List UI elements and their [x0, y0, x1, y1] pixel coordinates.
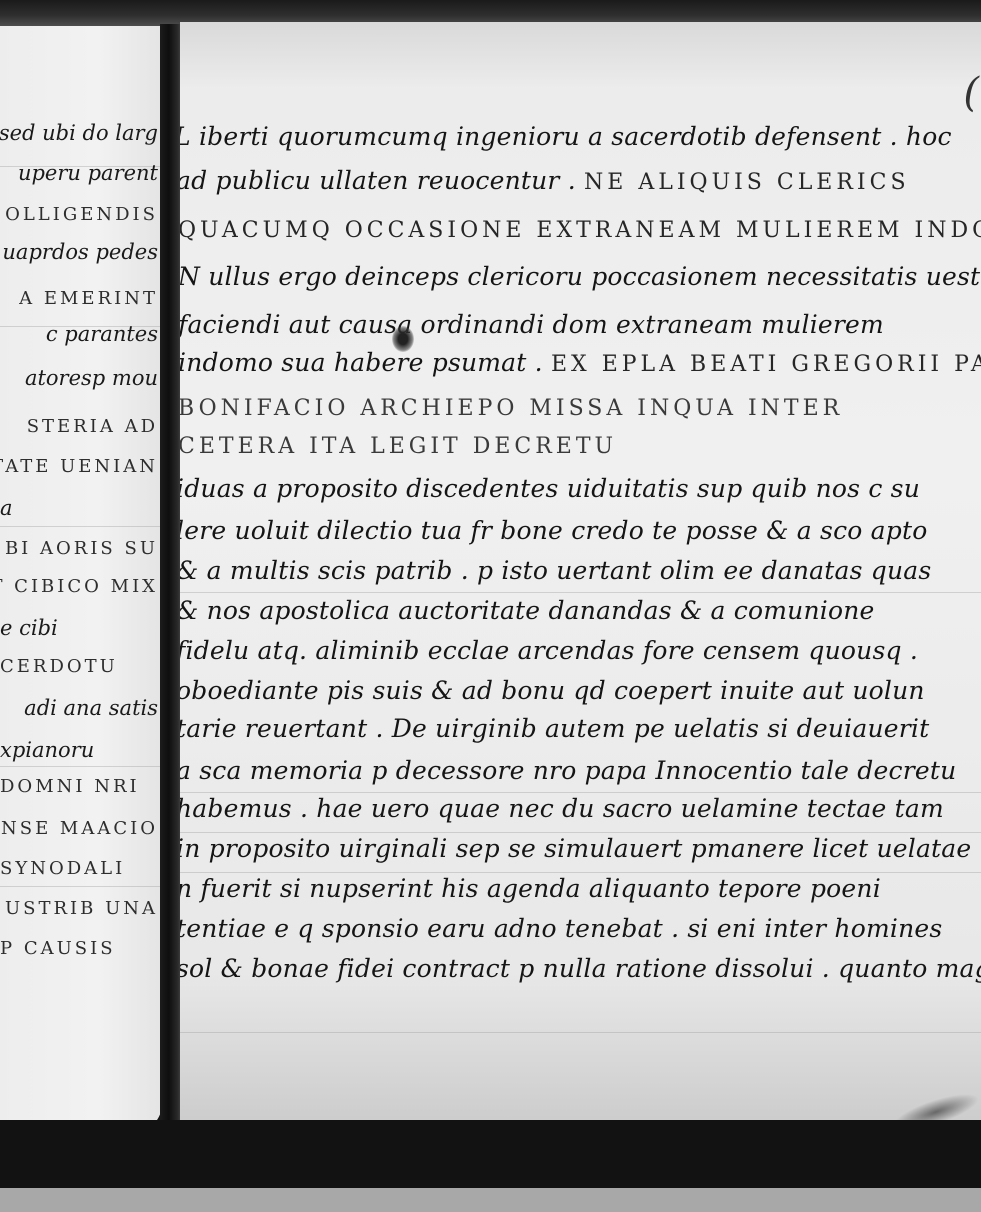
- text-line: ad publicu ullaten reuocentur . NE ALIQU…: [180, 166, 910, 195]
- ruling-line: [180, 872, 981, 873]
- text-line: faciendi aut causa ordinandi dom extrane…: [180, 310, 884, 339]
- line-text: N ullus ergo deinceps clericoru poccasio…: [180, 262, 981, 291]
- text-line: iduas a proposito discedentes uiduitatis…: [180, 474, 920, 503]
- ruling-line: [180, 1032, 981, 1033]
- left-text-line: SYNODALI: [0, 858, 125, 879]
- text-line: L iberti quorumcumq ingenioru a sacerdot…: [180, 122, 952, 151]
- right-page: ( L iberti quorumcumq ingenioru a sacerd…: [180, 22, 981, 1140]
- ruling-line: [180, 592, 981, 593]
- rubric-heading: NE ALIQUIS CLERICS: [584, 170, 909, 195]
- text-line: QUACUMQ OCCASIONE EXTRANEAM MULIEREM IND…: [180, 218, 981, 243]
- left-text-line: adi ana satis: [24, 696, 158, 720]
- line-text: ad publicu ullaten reuocentur .: [180, 166, 576, 195]
- left-text-line: c parantes: [46, 322, 158, 346]
- line-text: L iberti quorumcumq ingenioru a sacerdot…: [180, 122, 952, 151]
- left-text-line: STERIA AD: [27, 416, 158, 437]
- ruling-line: [0, 766, 162, 767]
- text-line: tentiae e q sponsio earu adno tenebat . …: [180, 914, 942, 943]
- rubric-heading: EX EPLA BEATI GREGORII PAP: [551, 352, 981, 377]
- left-text-line: USTRIB UNA: [5, 898, 158, 919]
- text-line: fidelu atq. aliminib ecclae arcendas for…: [180, 636, 918, 665]
- ruling-line: [0, 526, 162, 527]
- line-text: indomo sua habere psumat .: [180, 348, 543, 377]
- text-line: habemus . hae uero quae nec du sacro uel…: [180, 794, 944, 823]
- ink-blot: [392, 326, 414, 352]
- left-text-line: T CIBICO MIX: [0, 576, 158, 597]
- scan-bottom-strip: [0, 1188, 981, 1212]
- left-text-line: A EMERINT: [19, 288, 158, 309]
- left-text-line: e cibi: [0, 616, 58, 640]
- text-line: n fuerit si nupserint his agenda aliquan…: [180, 874, 881, 903]
- left-text-line: TATE UENIAN: [0, 456, 158, 477]
- text-line: sol & bonae fidei contract p nulla ratio…: [180, 954, 981, 983]
- ruling-line: [180, 792, 981, 793]
- text-line: & nos apostolica auctoritate danandas & …: [180, 596, 875, 625]
- left-text-line: LENSE MAACIO: [0, 818, 158, 839]
- left-text-line: sed ubi do larg: [0, 121, 158, 145]
- left-text-line: DOMNI NRI: [0, 776, 140, 797]
- ruling-line: [0, 886, 162, 887]
- left-text-line: uperu parent: [18, 161, 158, 185]
- text-line: tarie reuertant . De uirginib autem pe u…: [180, 714, 929, 743]
- left-text-line: OLLIGENDIS: [5, 204, 158, 225]
- text-line: BONIFACIO ARCHIEPO MISSA INQUA INTER: [180, 396, 843, 421]
- left-page: sed ubi do larg uperu parent OLLIGENDIS …: [0, 26, 162, 1132]
- text-line: indomo sua habere psumat . EX EPLA BEATI…: [180, 348, 981, 377]
- manuscript-scan: sed ubi do larg uperu parent OLLIGENDIS …: [0, 0, 981, 1212]
- text-line: & a multis scis patrib . p isto uertant …: [180, 556, 931, 585]
- left-text-line: P CAUSIS: [0, 938, 116, 959]
- text-line: a sca memoria p decessore nro papa Innoc…: [180, 756, 956, 785]
- book-gutter: [160, 24, 182, 1144]
- left-text-line: atoresp mou: [25, 366, 158, 390]
- left-text-line: BI AORIS SU: [5, 538, 158, 559]
- text-line: oboediante pis suis & ad bonu qd coepert…: [180, 676, 925, 705]
- book-bottom-edge: [0, 1120, 981, 1188]
- text-line: lere uoluit dilectio tua fr bone credo t…: [180, 516, 927, 545]
- text-line: CETERA ITA LEGIT DECRETU: [180, 434, 617, 459]
- text-line: N ullus ergo deinceps clericoru poccasio…: [180, 262, 981, 291]
- text-line: in proposito uirginali sep se simulauert…: [180, 834, 971, 863]
- left-text-line: a: [0, 496, 13, 520]
- left-text-line: uaprdos pedes: [2, 240, 158, 264]
- ruling-line: [180, 832, 981, 833]
- left-text-line: xpianoru: [0, 738, 94, 762]
- folio-mark: (: [963, 70, 979, 116]
- left-text-line: CERDOTU: [0, 656, 118, 677]
